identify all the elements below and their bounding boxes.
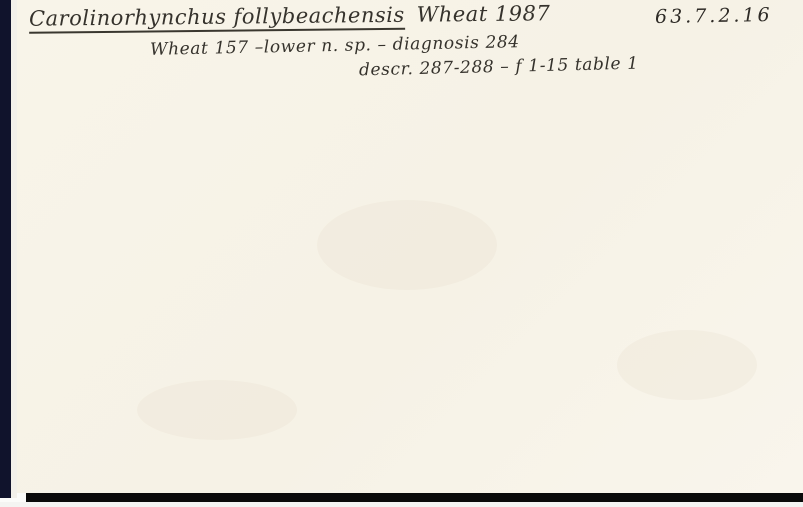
description-note: descr. 287-288 – f 1-15 table 1	[359, 54, 639, 81]
index-card: Carolinorhynchus follybeachensisWheat 19…	[17, 0, 803, 493]
author-year: Wheat 1987	[417, 1, 551, 26]
paper-mottling	[137, 380, 297, 440]
card-bottom-shadow	[26, 493, 803, 502]
reference-note: Wheat 157 –lower n. sp. – diagnosis 284	[150, 32, 520, 60]
paper-mottling	[317, 200, 497, 290]
scanned-page: Carolinorhynchus follybeachensisWheat 19…	[0, 0, 803, 507]
binder-spine-edge	[0, 0, 11, 498]
species-heading: Carolinorhynchus follybeachensisWheat 19…	[29, 1, 551, 30]
scan-bottom-margin	[0, 502, 803, 507]
catalog-number: 63.7.2.16	[655, 4, 773, 28]
species-binomial: Carolinorhynchus follybeachensis	[29, 3, 405, 34]
paper-mottling	[617, 330, 757, 400]
